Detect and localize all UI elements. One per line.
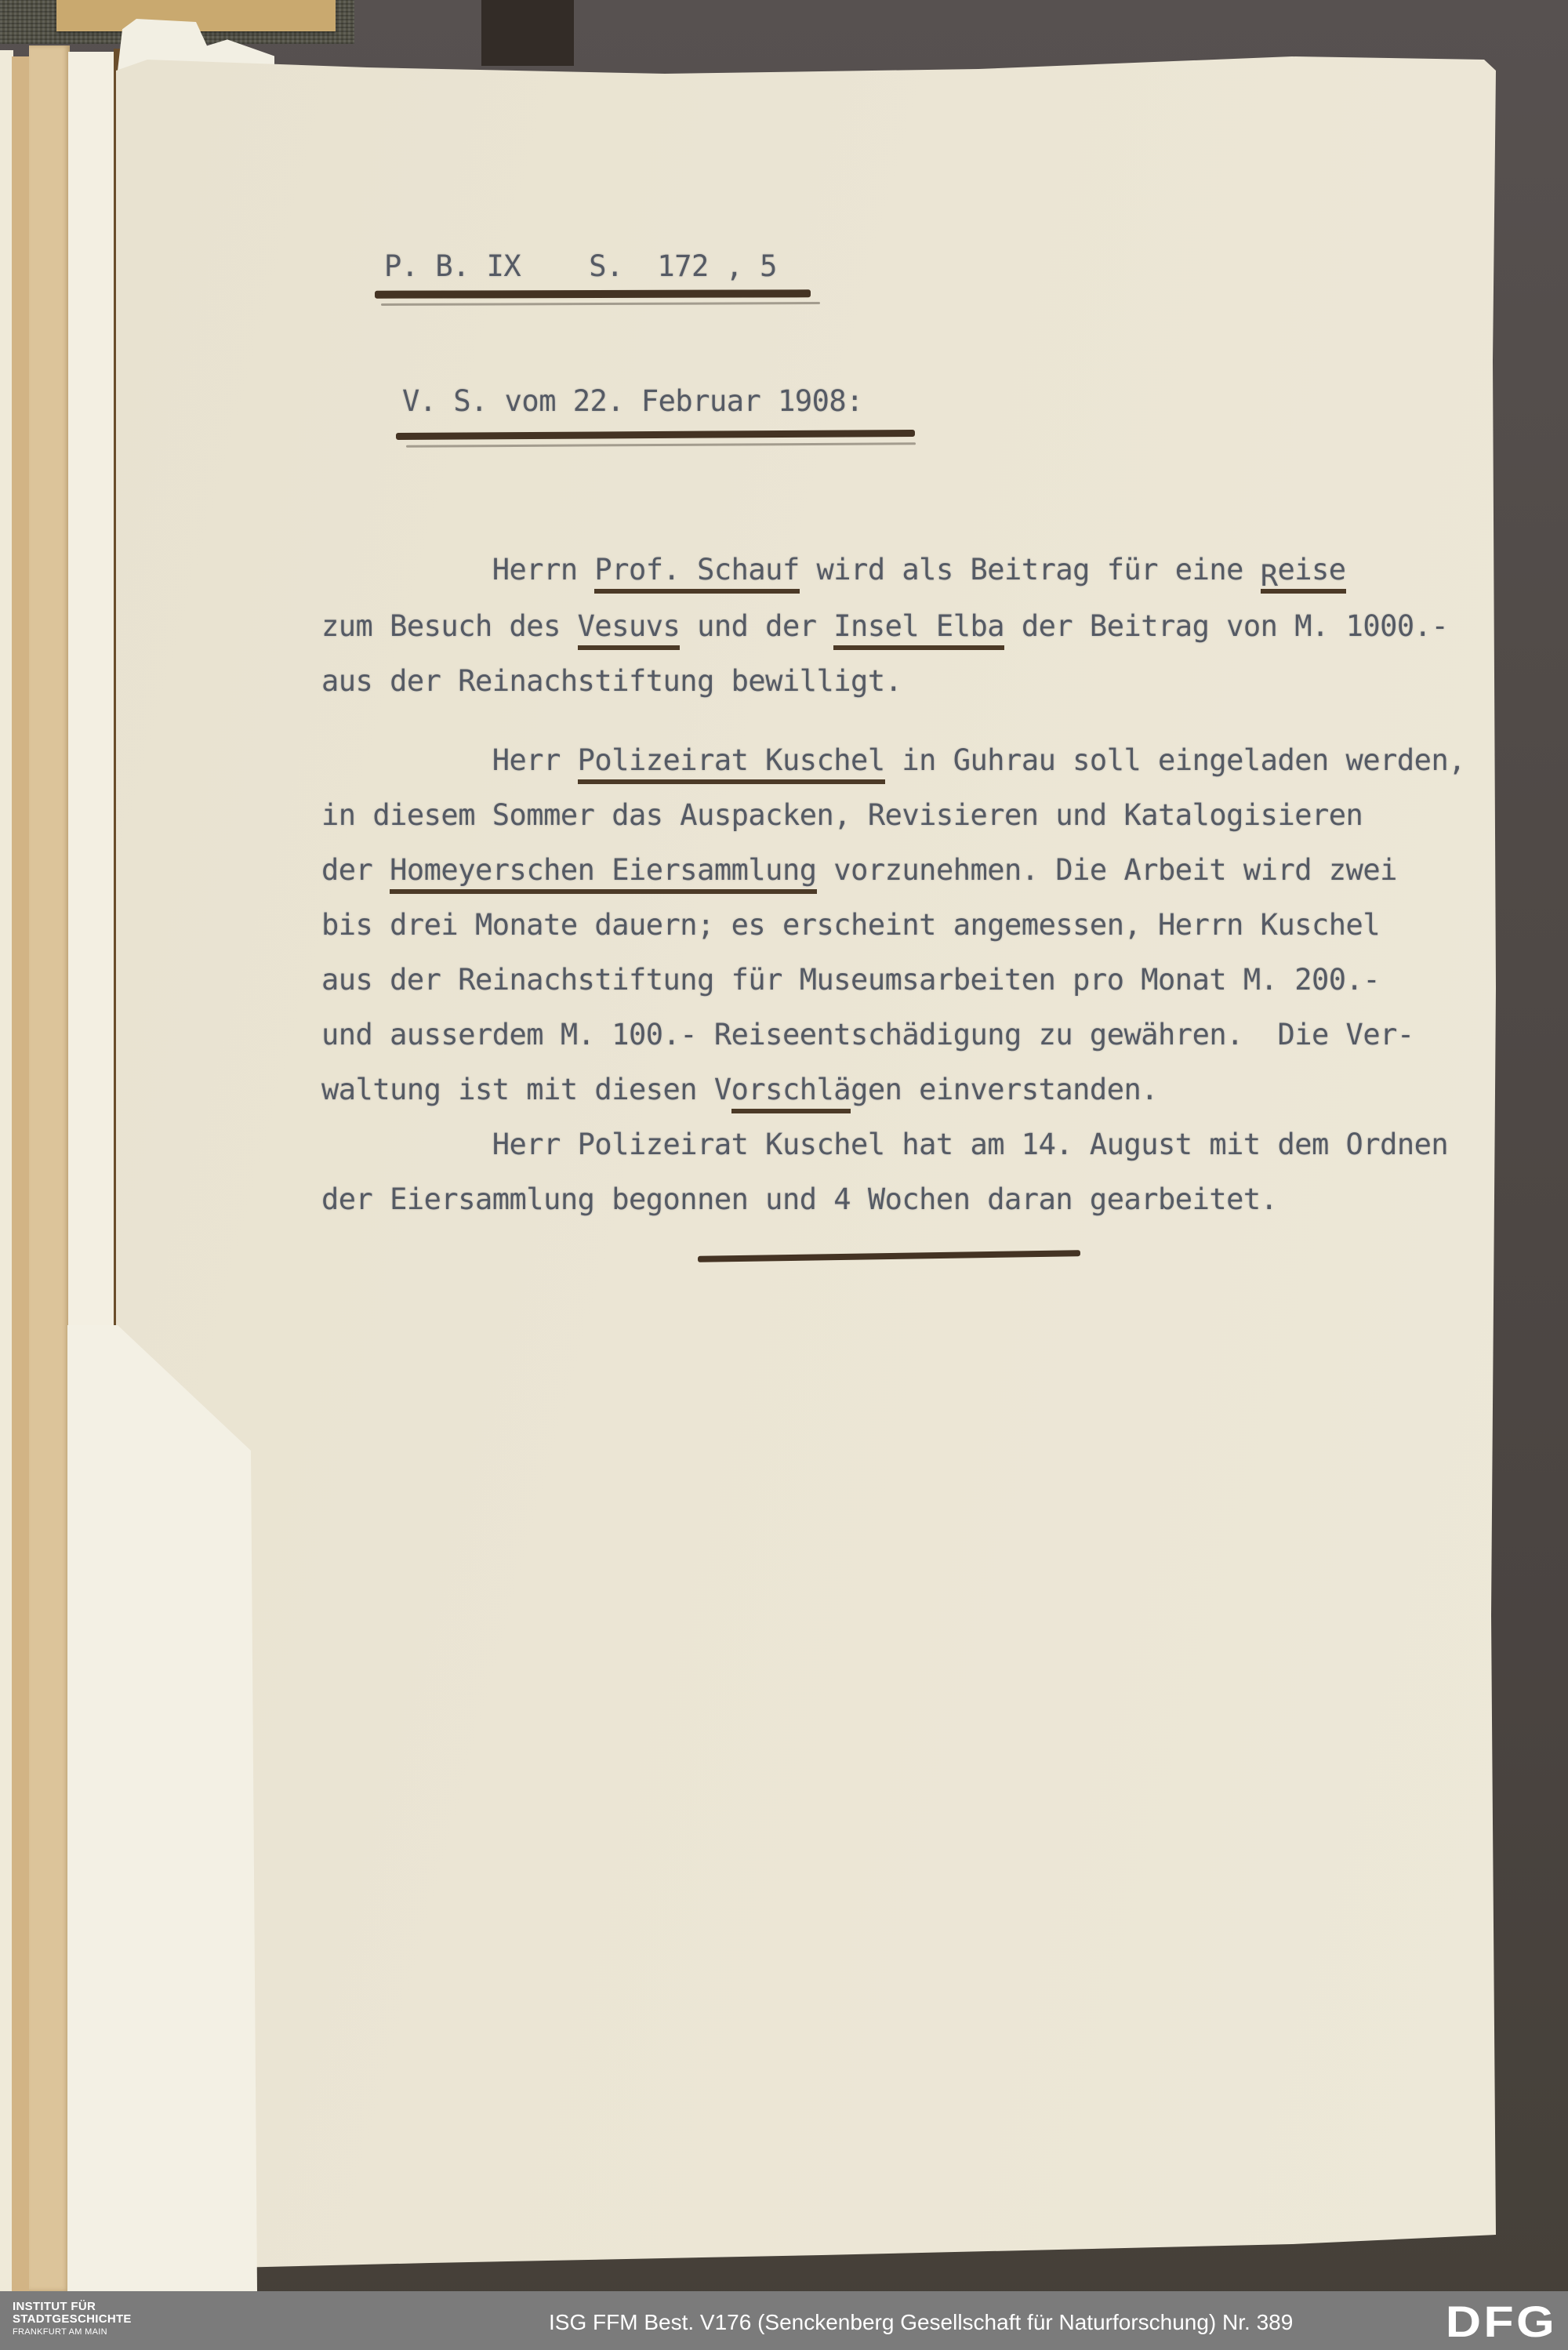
dropped-character: R — [1261, 559, 1278, 593]
pen-underline-echo — [381, 302, 820, 306]
typewritten-line: aus der Reinachstiftung bewilligt. — [321, 664, 902, 699]
typewritten-line: bis drei Monate dauern; es erscheint ang… — [321, 908, 1380, 943]
pen-underline — [396, 430, 915, 440]
underlined-text: Prof. Schauf — [594, 553, 799, 594]
document-page: P. B. IX S. 172 , 5 V. S. vom 22. Februa… — [116, 47, 1496, 2274]
typewritten-line: Herrn Prof. Schauf wird als Beitrag für … — [321, 553, 1346, 587]
binding-dark-piece — [481, 0, 574, 66]
institute-line1: INSTITUT FÜR — [13, 2301, 132, 2313]
text-segment: bis drei Monate dauern; es erscheint ang… — [321, 908, 1380, 942]
typewritten-line: Herr Polizeirat Kuschel in Guhrau soll e… — [321, 743, 1465, 778]
text-segment: wird als Beitrag für eine — [800, 553, 1261, 587]
archive-scan-scene: P. B. IX S. 172 , 5 V. S. vom 22. Februa… — [0, 0, 1568, 2350]
typewritten-line: zum Besuch des Vesuvs und der Insel Elba… — [321, 609, 1448, 644]
text-segment: zum Besuch des — [321, 609, 578, 643]
typewritten-line: Herr Polizeirat Kuschel hat am 14. Augus… — [321, 1128, 1448, 1162]
text-segment: gen einverstanden. — [851, 1073, 1158, 1106]
typewritten-line: in diesem Sommer das Auspacken, Revisier… — [321, 798, 1363, 833]
underlined-text: Polizeirat Kuschel — [578, 743, 885, 784]
archive-footer-bar: INSTITUT FÜR STADTGESCHICHTE FRANKFURT A… — [0, 2291, 1568, 2350]
pen-underline-echo — [406, 442, 916, 447]
text-segment: vorzunehmen. Die Arbeit wird zwei — [817, 853, 1397, 887]
text-segment: Herrn — [321, 553, 594, 587]
text-segment: der — [321, 853, 390, 887]
institute-line2: STADTGESCHICHTE — [13, 2313, 132, 2326]
typewritten-line: und ausserdem M. 100.- Reiseentschädigun… — [321, 1018, 1414, 1052]
underlined-text: Homeyerschen Eiersammlung — [390, 853, 816, 894]
page-edge-strip — [29, 45, 70, 2291]
text-segment: aus der Reinachstiftung bewilligt. — [321, 664, 902, 698]
typewritten-line: der Eiersammlung begonnen und 4 Wochen d… — [321, 1182, 1277, 1217]
text-segment: in diesem Sommer das Auspacken, Revisier… — [321, 798, 1363, 832]
text-segment: Herr Polizeirat Kuschel hat am 14. Augus… — [321, 1128, 1448, 1161]
underlying-white-sheet — [67, 1325, 260, 2291]
dfg-logo: DFG — [1446, 2296, 1557, 2347]
pen-underline — [375, 289, 811, 298]
underlined-text: orschlä — [731, 1073, 851, 1113]
typewritten-line: aus der Reinachstiftung für Museumsarbei… — [321, 963, 1380, 997]
document-header: P. B. IX S. 172 , 5 — [384, 249, 777, 284]
underlined-text: Reise — [1261, 553, 1346, 594]
page-edge-strip — [12, 56, 31, 2291]
institute-stamp: INSTITUT FÜR STADTGESCHICHTE FRANKFURT A… — [13, 2301, 132, 2338]
session-title: V. S. vom 22. Februar 1908: — [402, 384, 863, 419]
text-segment: der Eiersammlung begonnen und 4 Wochen d… — [321, 1182, 1277, 1216]
text-segment: in Guhrau soll eingeladen werden, — [885, 743, 1465, 777]
typewritten-line: der Homeyerschen Eiersammlung vorzunehme… — [321, 853, 1397, 888]
text-segment: der Beitrag von M. 1000.- — [1004, 609, 1448, 643]
closing-rule — [698, 1250, 1080, 1262]
typewritten-line: waltung ist mit diesen Vorschlägen einve… — [321, 1073, 1158, 1107]
text-segment: waltung ist mit diesen V — [321, 1073, 731, 1106]
text-segment: und der — [680, 609, 833, 643]
archive-reference-label: ISG FFM Best. V176 (Senckenberg Gesellsc… — [549, 2310, 1293, 2335]
text-segment: Herr — [321, 743, 578, 777]
institute-line3: FRANKFURT AM MAIN — [13, 2326, 132, 2338]
text-segment: aus der Reinachstiftung für Museumsarbei… — [321, 963, 1380, 997]
underlined-text: Vesuvs — [578, 609, 681, 650]
text-segment: und ausserdem M. 100.- Reiseentschädigun… — [321, 1018, 1414, 1052]
underlined-text: Insel Elba — [833, 609, 1004, 650]
